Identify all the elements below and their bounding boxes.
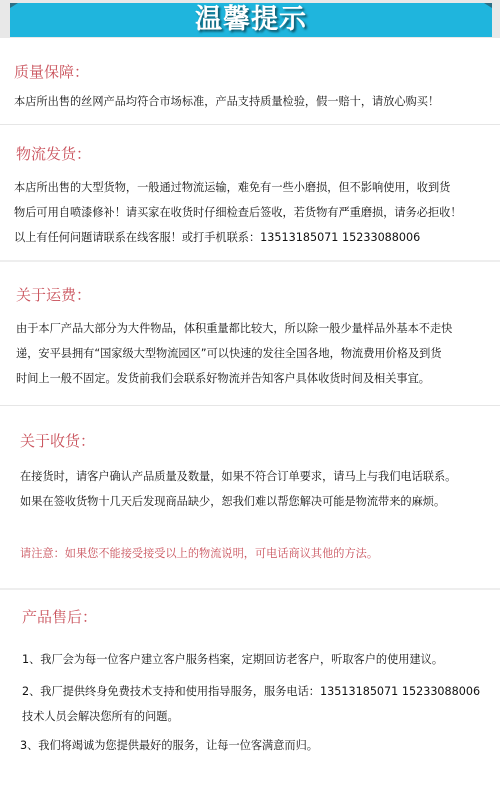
divider xyxy=(0,405,500,406)
divider xyxy=(0,588,500,590)
banner-background: 温馨提示 xyxy=(0,0,500,38)
receiving-note: 请注意：如果您不能接受接受以上的物流说明，可电话商议其他的方法。 xyxy=(20,541,378,566)
text-line: 由于本厂产品大部分为大件物品，体积重量都比较大，所以除一般少量样品外基本不走快 xyxy=(16,316,452,341)
receiving-text: 在接货时，请客户确认产品质量及数量，如果不符合订单要求，请马上与我们电话联系。 … xyxy=(20,464,456,514)
page-title: 温馨提示 xyxy=(195,3,307,37)
text-line: 在接货时，请客户确认产品质量及数量，如果不符合订单要求，请马上与我们电话联系。 xyxy=(20,464,456,489)
after-sales-item-3: 3、我们将竭诚为您提供最好的服务，让每一位客满意而归。 xyxy=(20,733,318,758)
logistics-text: 本店所出售的大型货物，一般通过物流运输，难免有一些小磨损，但不影响使用，收到货 … xyxy=(14,175,462,250)
text-line: 物后可用自喷漆修补！请买家在收货时仔细检查后签收，若货物有严重磨损，请务必拒收！ xyxy=(14,200,462,225)
banner-corner-left xyxy=(10,3,18,8)
banner: 温馨提示 xyxy=(10,3,492,37)
heading-after-sales: 产品售后： xyxy=(22,606,97,627)
quality-text: 本店所出售的丝网产品均符合市场标准，产品支持质量检验，假一赔十，请放心购买！ xyxy=(14,89,439,114)
divider xyxy=(0,260,500,262)
text-line: 时间上一般不固定。发货前我们会联系好物流并告知客户具体收货时间及相关事宜。 xyxy=(16,366,452,391)
text-line: 以上有任何问题请联系在线客服！或打手机联系：13513185071 152330… xyxy=(14,225,462,250)
after-sales-item-2: 2、我厂提供终身免费技术支持和使用指导服务，服务电话：13513185071 1… xyxy=(22,679,480,704)
after-sales-item-2-cont: 技术人员会解决您所有的问题。 xyxy=(22,704,179,729)
heading-quality: 质量保障： xyxy=(14,61,89,82)
banner-corner-right xyxy=(484,3,492,8)
text-line: 本店所出售的丝网产品均符合市场标准，产品支持质量检验，假一赔十，请放心购买！ xyxy=(14,89,439,114)
text-line: 本店所出售的大型货物，一般通过物流运输，难免有一些小磨损，但不影响使用，收到货 xyxy=(14,175,462,200)
shipping-fee-text: 由于本厂产品大部分为大件物品，体积重量都比较大，所以除一般少量样品外基本不走快 … xyxy=(16,316,452,391)
after-sales-item-1: 1、我厂会为每一位客户建立客户服务档案，定期回访老客户，听取客户的使用建议。 xyxy=(22,647,443,672)
text-line: 递，安平县拥有“国家级大型物流园区”可以快速的发往全国各地，物流费用价格及到货 xyxy=(16,341,452,366)
heading-receiving: 关于收货： xyxy=(20,430,95,451)
divider xyxy=(0,124,500,125)
text-line: 如果在签收货物十几天后发现商品缺少，恕我们难以帮您解决可能是物流带来的麻烦。 xyxy=(20,489,456,514)
heading-shipping-fee: 关于运费： xyxy=(16,284,91,305)
heading-logistics: 物流发货： xyxy=(16,143,91,164)
